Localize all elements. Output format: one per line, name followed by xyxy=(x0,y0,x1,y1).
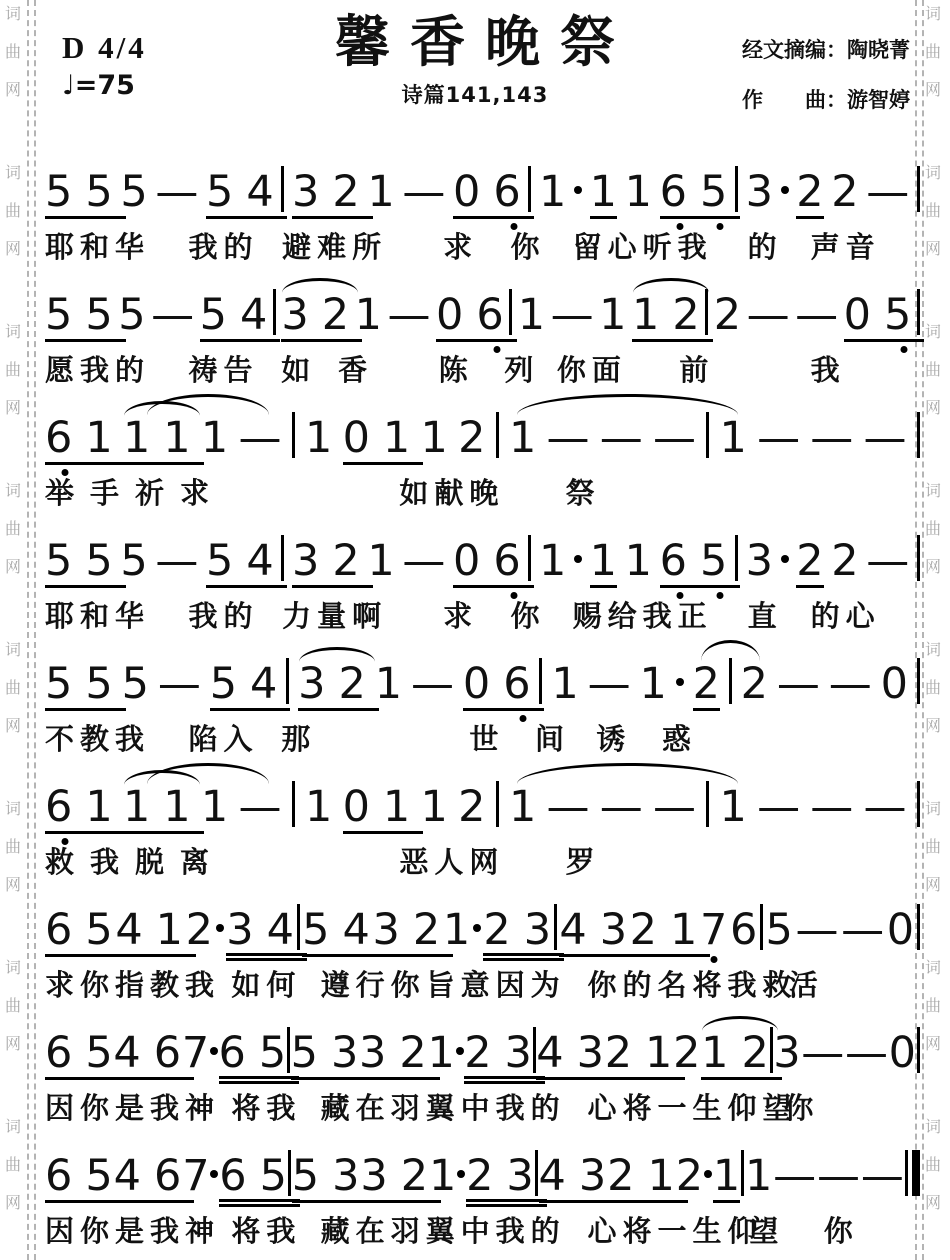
note: 1 xyxy=(355,294,382,337)
lyric-group: 避难所 xyxy=(282,230,387,265)
lyric-group: 心将一生仰 xyxy=(588,1214,763,1249)
note: 5 xyxy=(118,294,145,337)
note: 0 xyxy=(881,663,908,706)
barline xyxy=(760,904,763,950)
notes-row: 555—54321—061—1122——05 xyxy=(45,271,920,345)
lyric-group: 活 xyxy=(789,968,824,1003)
notes-row: 555—54321—0611165322— xyxy=(45,148,920,222)
note: 34 xyxy=(226,909,307,961)
note: 2 xyxy=(796,171,823,219)
note: 0 xyxy=(889,1032,916,1075)
lyrics-row: 因你是我神将我藏在羽翼中我的心将一生仰望你 xyxy=(45,1083,920,1132)
duration-dash: — xyxy=(757,417,800,460)
lyric-group: 因你是我神 xyxy=(45,1091,220,1126)
lyric-group: 陷入 xyxy=(189,722,259,757)
lyric-group: 我的 xyxy=(496,1214,566,1249)
slur xyxy=(517,394,738,415)
final-barline xyxy=(905,1150,920,1196)
note: 2 xyxy=(831,540,858,583)
watermark-char: 曲 xyxy=(5,521,21,537)
notes-row: 61111—101121———1——— xyxy=(45,394,920,468)
lyric-group: 香 xyxy=(338,353,373,388)
credit-scripture-editor: 经文摘编：陶晓菁 xyxy=(742,34,910,64)
lyric-group: 不教我 xyxy=(45,722,150,757)
lyrics-row: 耶和华我的避难所求你留心听我的声音 xyxy=(45,222,920,271)
slur xyxy=(702,1016,778,1031)
duration-dash: — xyxy=(239,417,282,460)
note: 1 xyxy=(421,417,448,460)
note: 1 xyxy=(719,417,746,460)
final-bar-thin xyxy=(905,1150,908,1196)
watermark-char: 网 xyxy=(925,400,941,416)
note: 01 xyxy=(343,786,424,834)
watermark-char: 网 xyxy=(925,877,941,893)
note: 06 xyxy=(436,294,517,342)
duration-dash: — xyxy=(600,417,643,460)
duration-dash: — xyxy=(653,417,696,460)
watermark-char: 曲 xyxy=(925,998,941,1014)
watermark-char: 网 xyxy=(5,718,21,734)
barline xyxy=(729,658,732,704)
note: 1 xyxy=(719,786,746,829)
watermark-char: 网 xyxy=(5,559,21,575)
note: 65 xyxy=(660,171,741,219)
watermark-char: 词 xyxy=(925,642,941,658)
credits-block: 经文摘编：陶晓菁 作 曲：游智婷 xyxy=(742,34,910,114)
duration-dash: — xyxy=(861,1155,904,1198)
lyric-group: 世 xyxy=(469,722,504,757)
watermark-char: 网 xyxy=(925,241,941,257)
note: 1 xyxy=(551,663,578,706)
note: 2 xyxy=(673,1032,700,1075)
watermark-char: 网 xyxy=(5,1036,21,1052)
lyric-group: 赐给我正 xyxy=(573,599,713,634)
border-dashed-line xyxy=(27,0,29,1260)
duration-dash: — xyxy=(155,540,198,583)
watermark-char: 曲 xyxy=(925,203,941,219)
note: 54 xyxy=(206,540,287,588)
music-line: 555—54321—061—122——0不教我陷入那世间诱惑 xyxy=(45,640,920,763)
note: 32 xyxy=(292,540,373,588)
lyrics-row: 不教我陷入那世间诱惑 xyxy=(45,714,920,763)
augmentation-dot xyxy=(704,1170,712,1178)
note: 1 xyxy=(639,663,666,706)
watermark-char: 词 xyxy=(925,960,941,976)
note: 2 xyxy=(741,663,768,706)
key-tempo-block: D 4/4 ♩=75 xyxy=(62,30,147,101)
note: 65 xyxy=(45,909,126,957)
lyrics-row: 因你是我神将我藏在羽翼中我的心将一生仰望你 xyxy=(45,1206,920,1255)
barline xyxy=(496,412,499,458)
note: 54 xyxy=(200,294,281,342)
note: 54 xyxy=(302,909,383,957)
note: 1 xyxy=(305,417,332,460)
watermark-char: 网 xyxy=(5,241,21,257)
lyric-group: 力量啊 xyxy=(282,599,387,634)
note: 55 xyxy=(45,171,126,219)
lyric-group: 如 xyxy=(281,353,316,388)
note: 2 xyxy=(458,786,485,829)
duration-dash: — xyxy=(402,171,445,214)
watermark-char: 词 xyxy=(5,324,21,340)
lyric-group: 求 xyxy=(443,599,478,634)
note: 7 xyxy=(700,909,727,952)
music-line: 61111—101121———1———举手祈求如献晚祭 xyxy=(45,394,920,517)
note: 55 xyxy=(45,294,126,342)
lyric-group: 遵行你旨意 xyxy=(321,968,496,1003)
duration-dash: — xyxy=(866,171,909,214)
lyric-group: 祷告 xyxy=(189,353,259,388)
barline xyxy=(917,166,920,212)
note: 1 xyxy=(539,540,566,583)
duration-dash: — xyxy=(155,171,198,214)
duration-dash: — xyxy=(747,294,790,337)
barline xyxy=(917,1027,920,1073)
lyric-group: 举手祈求 xyxy=(45,476,225,511)
notes-row: 654123454321234321765——0 xyxy=(45,886,920,960)
note: 1 xyxy=(509,417,536,460)
note: 32 xyxy=(373,909,454,957)
score-header: D 4/4 ♩=75 馨香晚祭 诗篇141,143 经文摘编：陶晓菁 作 曲：游… xyxy=(0,0,950,148)
lyrics-row: 举手祈求如献晚祭 xyxy=(45,468,920,517)
watermark-char: 词 xyxy=(5,801,21,817)
duration-dash: — xyxy=(588,663,631,706)
duration-dash: — xyxy=(810,417,853,460)
slur xyxy=(633,278,709,293)
augmentation-dot xyxy=(574,186,582,194)
note: 2 xyxy=(676,1155,703,1198)
final-bar-thick xyxy=(912,1150,920,1196)
border-dashed-line xyxy=(34,0,36,1260)
duration-dash: — xyxy=(547,786,590,829)
lyric-group: 那 xyxy=(281,722,316,757)
barline xyxy=(292,412,295,458)
note: 32 xyxy=(298,663,379,711)
barline xyxy=(917,781,920,827)
note: 2 xyxy=(693,663,720,711)
lyric-group: 你 xyxy=(784,1091,819,1126)
watermark-char: 词 xyxy=(5,165,21,181)
lyrics-row: 救我脱离恶人网罗 xyxy=(45,837,920,886)
watermark-char: 曲 xyxy=(5,680,21,696)
score-body: 555—54321—0611165322—耶和华我的避难所求你留心听我的声音55… xyxy=(0,148,950,1255)
note: 43 xyxy=(559,909,640,957)
watermark-right: 词曲网词曲网词曲网词曲网词曲网词曲网词曲网词曲网 xyxy=(923,0,947,1260)
lyric-group: 你面 xyxy=(557,353,627,388)
note: 55 xyxy=(45,540,126,588)
music-line: 555—54321—061—1122——05愿我的祷告如香陈列你面前我 xyxy=(45,271,920,394)
lyric-group: 罗 xyxy=(566,845,601,880)
music-line: 555—54321—0611165322—耶和华我的避难所求你留心听我的声音 xyxy=(45,148,920,271)
augmentation-dot xyxy=(210,1170,218,1178)
note: 55 xyxy=(45,663,126,711)
note: 1 xyxy=(590,540,617,588)
watermark-char: 曲 xyxy=(925,839,941,855)
note: 5 xyxy=(122,663,149,706)
note: 7 xyxy=(182,1032,209,1075)
note: 1 xyxy=(367,171,394,214)
note: 23 xyxy=(464,1032,545,1084)
key-signature: D 4/4 xyxy=(62,30,147,66)
slur xyxy=(517,763,738,784)
note: 3 xyxy=(773,1032,800,1075)
lyric-group: 如何 xyxy=(231,968,301,1003)
watermark-char: 曲 xyxy=(5,998,21,1014)
watermark-char: 词 xyxy=(5,483,21,499)
watermark-char: 词 xyxy=(925,1119,941,1135)
lyric-group: 心将一生仰望 xyxy=(588,1091,798,1126)
lyric-group: 的 xyxy=(748,230,783,265)
watermark-char: 词 xyxy=(5,960,21,976)
credit-composer: 作 曲：游智婷 xyxy=(742,84,910,114)
augmentation-dot xyxy=(456,1047,464,1055)
lyrics-row: 耶和华我的力量啊求你赐给我正直的心 xyxy=(45,591,920,640)
note: 1 xyxy=(599,294,626,337)
barline xyxy=(917,412,920,458)
note: 1 xyxy=(625,171,652,214)
note: 0 xyxy=(887,909,914,952)
lyric-group: 我的 xyxy=(189,230,259,265)
note: 1 xyxy=(713,1155,740,1203)
duration-dash: — xyxy=(402,540,445,583)
duration-dash: — xyxy=(600,786,643,829)
lyric-group: 诱 xyxy=(596,722,631,757)
lyric-group: 恶人网 xyxy=(399,845,504,880)
duration-dash: — xyxy=(653,786,696,829)
lyric-group: 求 xyxy=(443,230,478,265)
note: 11 xyxy=(123,417,204,465)
note: 2 xyxy=(714,294,741,337)
duration-dash: — xyxy=(864,786,907,829)
augmentation-dot xyxy=(216,924,224,932)
note: 1 xyxy=(421,786,448,829)
lyric-group: 将我 xyxy=(231,1214,301,1249)
watermark-char: 曲 xyxy=(5,203,21,219)
watermark-char: 词 xyxy=(925,483,941,499)
note: 2 xyxy=(831,171,858,214)
augmentation-dot xyxy=(676,678,684,686)
lyric-group: 藏在羽翼中 xyxy=(321,1214,496,1249)
note: 32 xyxy=(281,294,362,342)
notes-row: 654676553321234321211——— xyxy=(45,1132,920,1206)
barline xyxy=(917,904,920,950)
music-line: 654123454321234321765——0求你指教我如何遵行你旨意因为你的… xyxy=(45,886,920,1009)
note: 06 xyxy=(463,663,544,711)
watermark-char: 曲 xyxy=(925,680,941,696)
duration-dash: — xyxy=(810,786,853,829)
duration-dash: — xyxy=(829,663,872,706)
lyric-group: 间 xyxy=(535,722,570,757)
slur xyxy=(701,640,760,661)
lyric-group: 救我脱离 xyxy=(45,845,225,880)
duration-dash: — xyxy=(239,786,282,829)
note: 2 xyxy=(186,909,213,952)
lyric-group: 留心听我 xyxy=(573,230,713,265)
lyric-group: 列 xyxy=(504,353,539,388)
lyric-group: 你 xyxy=(511,230,546,265)
note: 61 xyxy=(45,786,126,834)
lyric-group: 愿我的 xyxy=(45,353,150,388)
duration-dash: — xyxy=(757,786,800,829)
augmentation-dot xyxy=(457,1170,465,1178)
note: 2 xyxy=(796,540,823,588)
duration-dash: — xyxy=(841,909,884,952)
lyric-group: 望 xyxy=(749,1214,784,1249)
duration-dash: — xyxy=(796,909,839,952)
duration-dash: — xyxy=(801,1032,844,1075)
notes-row: 555—54321—061—122——0 xyxy=(45,640,920,714)
duration-dash: — xyxy=(795,294,838,337)
barline xyxy=(741,1150,744,1196)
note: 1 xyxy=(590,171,617,219)
lyric-group: 因为 xyxy=(496,968,566,1003)
note: 3 xyxy=(746,171,773,214)
note: 06 xyxy=(453,171,534,219)
note: 1 xyxy=(201,786,228,829)
watermark-char: 网 xyxy=(925,1195,941,1211)
lyric-group: 求你指教我 xyxy=(45,968,220,1003)
note: 1 xyxy=(367,540,394,583)
duration-dash: — xyxy=(158,663,201,706)
music-line: 654676553321234321211———因你是我神将我藏在羽翼中我的心将… xyxy=(45,1132,920,1255)
lyric-group: 陈 xyxy=(439,353,474,388)
note: 23 xyxy=(483,909,564,961)
lyric-group: 耶和华 xyxy=(45,599,150,634)
lyric-group: 我的 xyxy=(189,599,259,634)
barline xyxy=(706,781,709,827)
note: 06 xyxy=(453,540,534,588)
music-line: 555—54321—0611165322—耶和华我的力量啊求你赐给我正直的心 xyxy=(45,517,920,640)
watermark-char: 网 xyxy=(925,1036,941,1052)
duration-dash: — xyxy=(817,1155,860,1198)
watermark-char: 网 xyxy=(925,559,941,575)
lyric-group: 声音 xyxy=(811,230,881,265)
duration-dash: — xyxy=(547,417,590,460)
note: 5 xyxy=(120,171,147,214)
note: 1 xyxy=(305,786,332,829)
augmentation-dot xyxy=(473,924,481,932)
note: 01 xyxy=(343,417,424,465)
watermark-char: 词 xyxy=(925,801,941,817)
tempo-value: =75 xyxy=(75,70,135,101)
lyric-group: 直 xyxy=(748,599,783,634)
note: 2 xyxy=(458,417,485,460)
note: 65 xyxy=(219,1032,300,1084)
slur xyxy=(147,394,269,415)
note: 32 xyxy=(292,171,373,219)
note: 12 xyxy=(632,294,713,342)
watermark-char: 词 xyxy=(5,642,21,658)
note: 5 xyxy=(766,909,793,952)
watermark-char: 词 xyxy=(925,165,941,181)
lyric-group: 祭 xyxy=(566,476,601,511)
lyric-group: 将我 xyxy=(231,1091,301,1126)
watermark-char: 曲 xyxy=(5,362,21,378)
note: 1 xyxy=(625,540,652,583)
barline xyxy=(292,781,295,827)
note: 1 xyxy=(745,1155,772,1198)
lyric-group: 惑 xyxy=(662,722,697,757)
note: 11 xyxy=(123,786,204,834)
watermark-char: 词 xyxy=(5,1119,21,1135)
watermark-char: 曲 xyxy=(5,839,21,855)
lyric-group: 我的 xyxy=(496,1091,566,1126)
lyric-group: 的心 xyxy=(811,599,881,634)
lyric-group: 耶和华 xyxy=(45,230,150,265)
notes-row: 61111—101121———1——— xyxy=(45,763,920,837)
note: 1 xyxy=(429,1155,456,1198)
note: 65 xyxy=(219,1155,300,1207)
watermark-char: 网 xyxy=(925,718,941,734)
tempo-marking: ♩=75 xyxy=(62,70,147,101)
lyric-group: 你的名将我救 xyxy=(588,968,798,1003)
music-line: 6546765533212343212123——0因你是我神将我藏在羽翼中我的心… xyxy=(45,1009,920,1132)
augmentation-dot xyxy=(574,555,582,563)
duration-dash: — xyxy=(411,663,454,706)
note: 1 xyxy=(539,171,566,214)
note: 5 xyxy=(120,540,147,583)
lyric-group: 你 xyxy=(511,599,546,634)
note: 21 xyxy=(630,909,711,957)
lyrics-row: 求你指教我如何遵行你旨意因为你的名将我救活 xyxy=(45,960,920,1009)
note: 41 xyxy=(115,909,196,957)
note: 65 xyxy=(660,540,741,588)
watermark-char: 词 xyxy=(925,324,941,340)
note: 1 xyxy=(518,294,545,337)
note: 1 xyxy=(201,417,228,460)
watermark-char: 网 xyxy=(5,1195,21,1211)
augmentation-dot xyxy=(781,555,789,563)
watermark-char: 曲 xyxy=(925,1157,941,1173)
duration-dash: — xyxy=(866,540,909,583)
duration-dash: — xyxy=(777,663,820,706)
barline xyxy=(706,412,709,458)
note: 1 xyxy=(443,909,470,952)
lyric-group: 藏在羽翼中 xyxy=(321,1091,496,1126)
note: 7 xyxy=(182,1155,209,1198)
slur xyxy=(282,278,358,293)
slur xyxy=(299,647,375,662)
watermark-char: 曲 xyxy=(5,1157,21,1173)
watermark-char: 网 xyxy=(5,400,21,416)
note: 54 xyxy=(210,663,291,711)
note: 6 xyxy=(730,909,757,952)
lyrics-row: 愿我的祷告如香陈列你面前我 xyxy=(45,345,920,394)
barline xyxy=(496,781,499,827)
note: 1 xyxy=(427,1032,454,1075)
note: 1 xyxy=(375,663,402,706)
augmentation-dot xyxy=(210,1047,218,1055)
duration-dash: — xyxy=(864,417,907,460)
watermark-char: 网 xyxy=(5,877,21,893)
lyric-group: 你 xyxy=(824,1214,859,1249)
slur xyxy=(147,763,269,784)
lyric-group: 我 xyxy=(811,353,846,388)
note: 1 xyxy=(509,786,536,829)
notes-row: 6546765533212343212123——0 xyxy=(45,1009,920,1083)
duration-dash: — xyxy=(773,1155,816,1198)
duration-dash: — xyxy=(151,294,194,337)
quarter-note-icon: ♩ xyxy=(62,70,75,101)
duration-dash: — xyxy=(845,1032,888,1075)
notes-row: 555—54321—0611165322— xyxy=(45,517,920,591)
lyric-group: 如献晚 xyxy=(399,476,504,511)
note: 23 xyxy=(466,1155,547,1207)
watermark-char: 曲 xyxy=(925,362,941,378)
duration-dash: — xyxy=(387,294,430,337)
barline xyxy=(917,535,920,581)
note: 12 xyxy=(701,1032,782,1080)
